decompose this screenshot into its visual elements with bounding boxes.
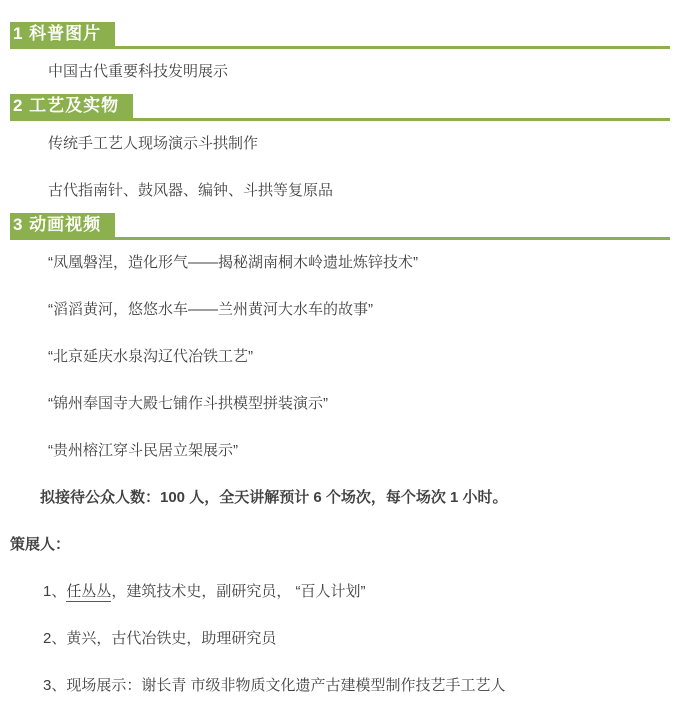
- curator-2-text: 黄兴，古代冶铁史，助理研究员: [66, 630, 276, 647]
- visitor-summary: 拟接待公众人数：100 人，全天讲解预计 6 个场次，每个场次 1 小时。: [40, 489, 670, 506]
- section-heading-1: 1 科普图片: [10, 22, 670, 49]
- curator-1-text: ，建筑技术史，副研究员， “百人计划”: [111, 583, 365, 600]
- section-heading-2-label: 2 工艺及实物: [10, 94, 133, 118]
- video-title-2: “滔滔黄河，悠悠水车——兰州黄河大水车的故事”: [48, 301, 670, 318]
- video-title-1: “凤凰磐涅，造化形气——揭秘湖南桐木岭遗址炼锌技术”: [48, 254, 670, 271]
- section-heading-3: 3 动画视频: [10, 213, 670, 240]
- section-2-item-2: 古代指南针、鼓风器、编钟、斗拱等复原品: [48, 182, 670, 199]
- curator-3-number: 3、: [43, 677, 66, 694]
- section-heading-3-label: 3 动画视频: [10, 213, 115, 237]
- section-1-item-1: 中国古代重要科技发明展示: [48, 63, 670, 80]
- section-heading-2: 2 工艺及实物: [10, 94, 670, 121]
- video-title-5: “贵州榕江穿斗民居立架展示”: [48, 442, 670, 459]
- video-title-3: “北京延庆水泉沟辽代冶铁工艺”: [48, 348, 670, 365]
- section-2-item-1: 传统手工艺人现场演示斗拱制作: [48, 135, 670, 152]
- curator-2-number: 2、: [43, 630, 66, 647]
- curator-item-1: 1、任丛丛，建筑技术史，副研究员， “百人计划”: [43, 583, 670, 600]
- curator-3-text: 现场展示：谢长青 市级非物质文化遗产古建模型制作技艺手工艺人: [66, 677, 505, 694]
- curators-label: 策展人：: [10, 536, 670, 553]
- document: 1 科普图片 中国古代重要科技发明展示 2 工艺及实物 传统手工艺人现场演示斗拱…: [0, 0, 682, 694]
- curator-1-name-underlined: 任丛丛: [66, 583, 111, 602]
- section-heading-1-label: 1 科普图片: [10, 22, 115, 46]
- video-title-4: “锦州奉国寺大殿七铺作斗拱模型拼装演示”: [48, 395, 670, 412]
- curator-1-number: 1、: [43, 583, 66, 600]
- curator-item-3: 3、现场展示：谢长青 市级非物质文化遗产古建模型制作技艺手工艺人: [43, 677, 670, 694]
- curator-item-2: 2、黄兴，古代冶铁史，助理研究员: [43, 630, 670, 647]
